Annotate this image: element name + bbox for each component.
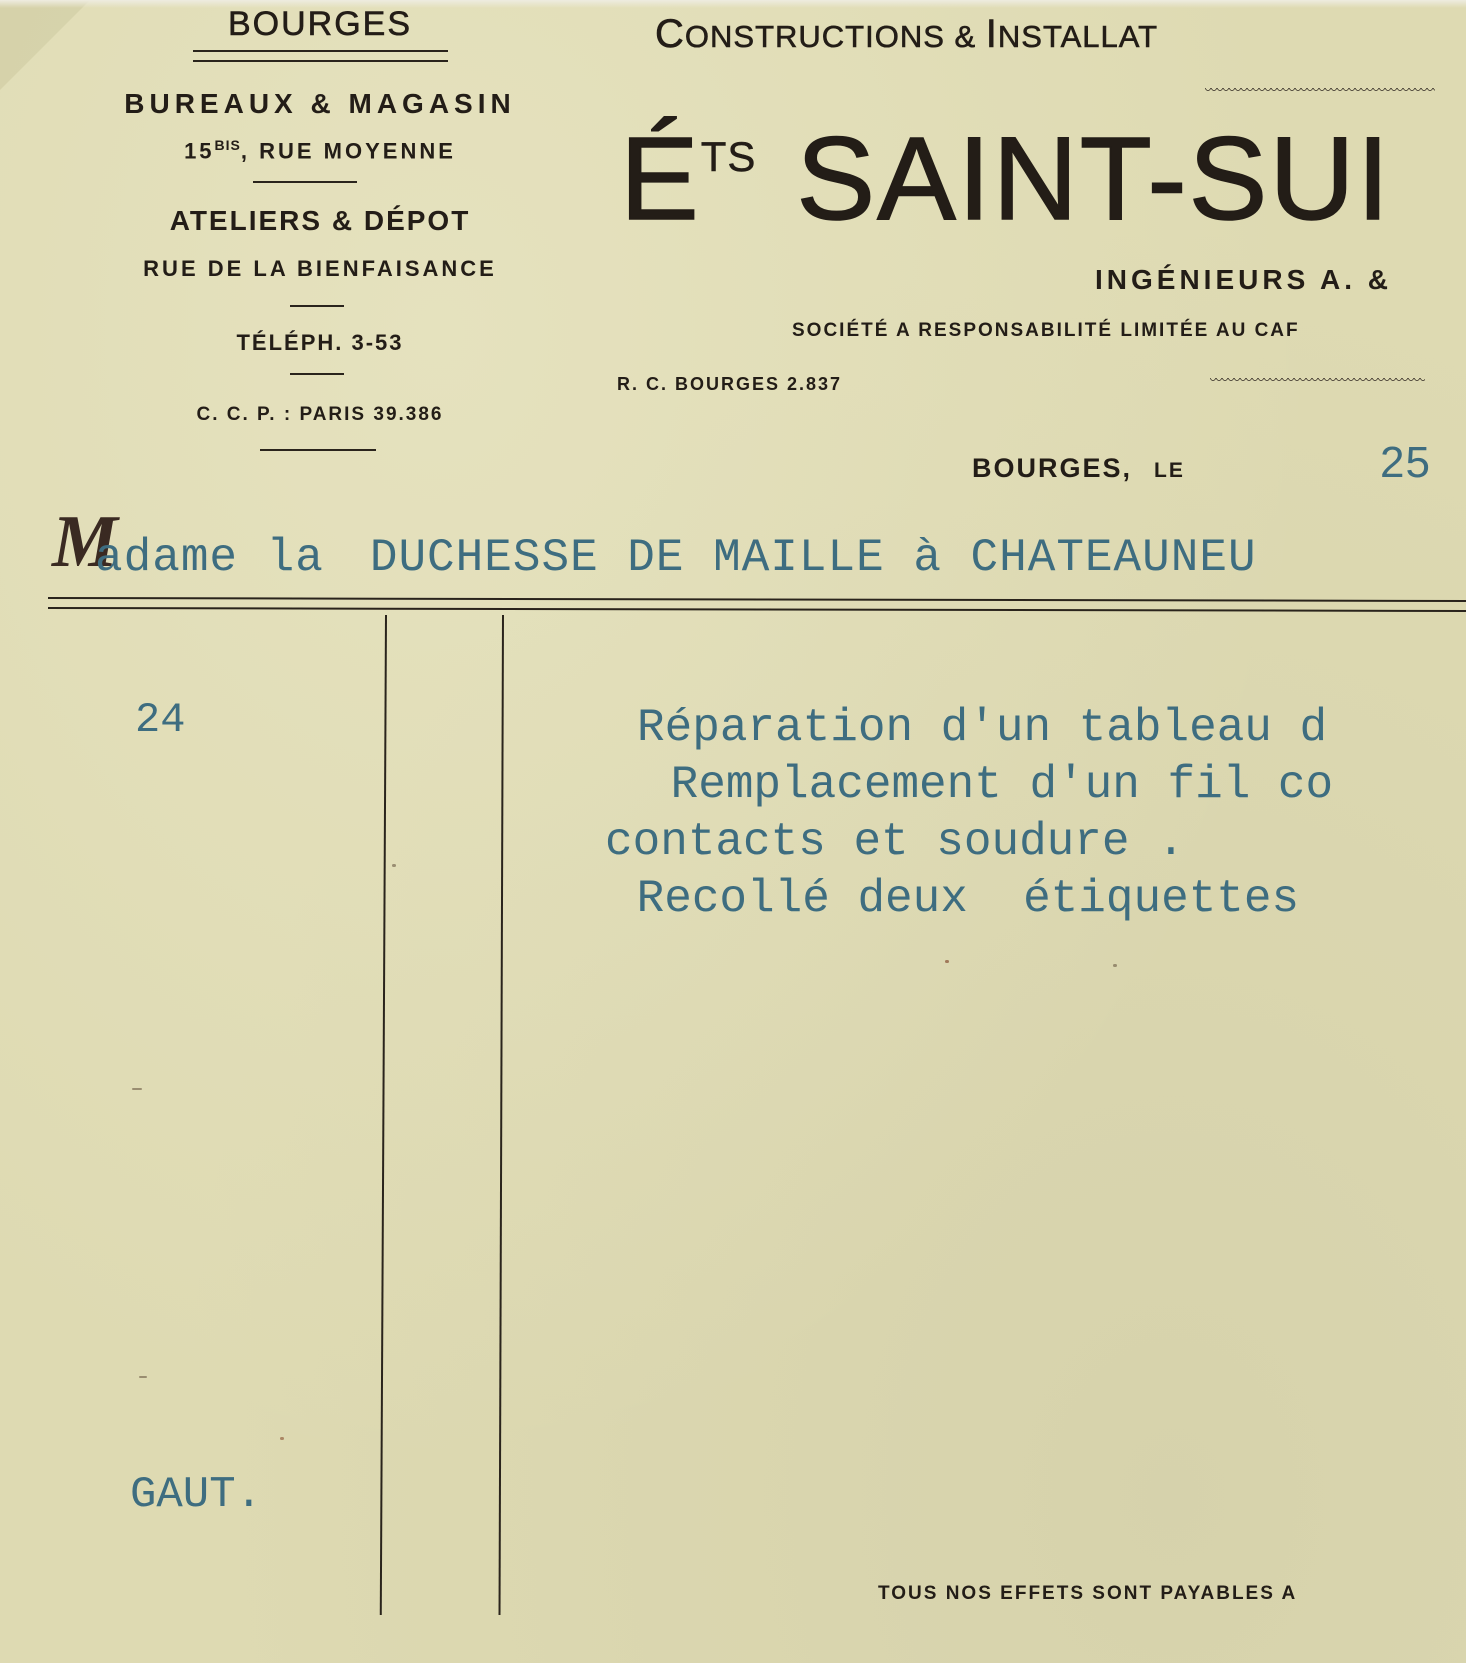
recipient-name: DUCHESSE DE MAILLE à CHATEAUNEU bbox=[370, 532, 1257, 584]
phone-number: TÉLÉPH. 3-53 bbox=[50, 330, 590, 356]
signer-initials: GAUT. bbox=[130, 1470, 262, 1520]
company-prefix: É bbox=[620, 113, 701, 245]
divider bbox=[290, 305, 344, 307]
city-underline-1 bbox=[193, 50, 448, 52]
description-line: Réparation d'un tableau d bbox=[637, 700, 1333, 757]
payment-terms: TOUS NOS EFFETS SONT PAYABLES A bbox=[878, 1583, 1297, 1605]
description-line: Remplacement d'un fil co bbox=[643, 757, 1333, 814]
offices-label: BUREAUX & MAGASIN bbox=[50, 88, 590, 120]
activity-cap-1: C bbox=[655, 12, 685, 56]
offices-address-street: , RUE MOYENNE bbox=[241, 138, 456, 163]
activity-rest-1: ONSTRUCTIONS & bbox=[685, 19, 986, 54]
recipient-title: adame la bbox=[95, 532, 324, 584]
paper-speck bbox=[132, 1088, 142, 1090]
workshops-address: RUE DE LA BIENFAISANCE bbox=[50, 256, 590, 282]
engineers-line: INGÉNIEURS A. & bbox=[1095, 264, 1392, 296]
paper-speck bbox=[280, 1437, 284, 1440]
invoice-quantity: 24 bbox=[135, 696, 185, 744]
legal-form: SOCIÉTÉ A RESPONSABILITÉ LIMITÉE AU CAF bbox=[792, 320, 1300, 342]
company-prefix-sup: TS bbox=[701, 133, 757, 180]
letterhead-city: BOURGES bbox=[50, 5, 590, 44]
paper-speck bbox=[945, 960, 949, 963]
company-name-text: SAINT-SUI bbox=[796, 113, 1391, 245]
divider bbox=[253, 181, 357, 183]
wavy-ornament bbox=[1205, 88, 1435, 94]
recipient-line: adame laDUCHESSE DE MAILLE à CHATEAUNEU bbox=[95, 532, 1257, 584]
place-date-label: BOURGES,LE bbox=[972, 453, 1185, 484]
offices-address: 15BIS, RUE MOYENNE bbox=[50, 137, 590, 164]
divider bbox=[290, 373, 344, 375]
activity-line: CONSTRUCTIONS & INSTALLAT bbox=[655, 12, 1158, 57]
divider bbox=[260, 449, 376, 451]
activity-cap-2: I bbox=[986, 12, 998, 56]
company-name: ÉTSSAINT-SUI bbox=[620, 120, 1391, 238]
description-line: contacts et soudure . bbox=[605, 814, 1333, 871]
postal-account: C. C. P. : PARIS 39.386 bbox=[50, 404, 590, 426]
paper-speck bbox=[392, 864, 396, 867]
paper-speck bbox=[1113, 964, 1117, 967]
invoice-description: Réparation d'un tableau d Remplacement d… bbox=[605, 700, 1333, 928]
trade-register: R. C. BOURGES 2.837 bbox=[617, 374, 842, 395]
offices-address-sup: BIS bbox=[215, 137, 241, 153]
description-line: Recollé deux étiquettes bbox=[609, 871, 1333, 928]
date-day: 25 bbox=[1380, 438, 1431, 488]
offices-address-number: 15 bbox=[184, 138, 214, 163]
wavy-ornament bbox=[1210, 378, 1425, 384]
place-label: BOURGES, bbox=[972, 453, 1132, 483]
city-underline-2 bbox=[193, 60, 448, 62]
date-prefix: LE bbox=[1154, 459, 1185, 482]
activity-rest-2: NSTALLAT bbox=[998, 19, 1158, 54]
workshops-label: ATELIERS & DÉPOT bbox=[50, 205, 590, 237]
paper-speck bbox=[139, 1376, 147, 1378]
